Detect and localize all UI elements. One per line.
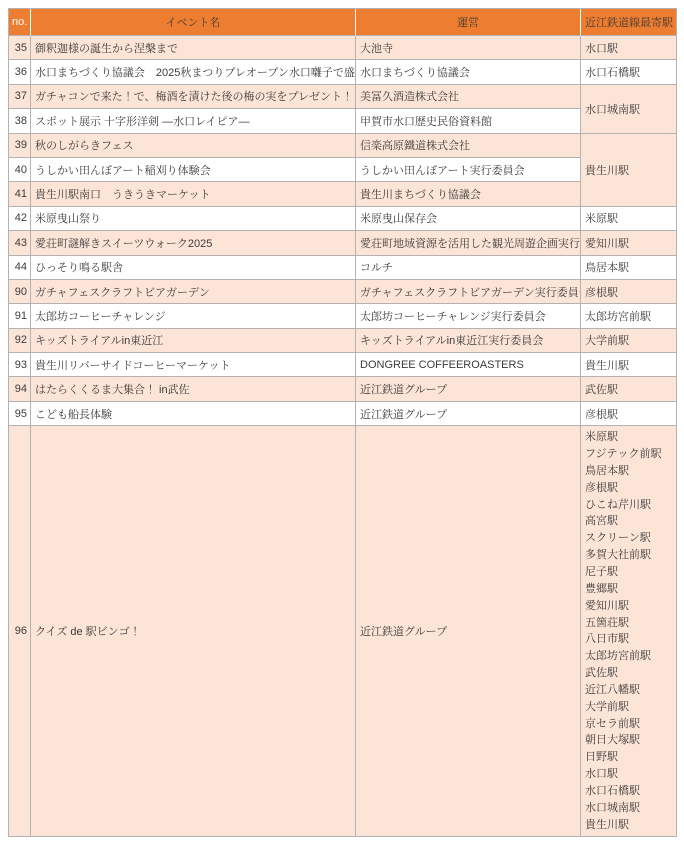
station-line: 水口城南駅 (585, 800, 676, 817)
station-line: 五箇荘駅 (585, 615, 676, 632)
station-line: 朝日大塚駅 (585, 732, 676, 749)
event-name-cell: うしかい田んぼアート稲刈り体験会 (31, 158, 356, 182)
table-row: 90ガチャフェスクラフトビアガーデンガチャフェスクラフトビアガーデン実行委員会彦… (9, 280, 677, 304)
table-row: 93貴生川リバーサイドコーヒーマーケットDONGREE COFFEEROASTE… (9, 353, 677, 377)
station-line: 豊郷駅 (585, 581, 676, 598)
event-name-cell: ひっそり鳴る駅舎 (31, 256, 356, 280)
station-cell: 米原駅 (581, 207, 677, 231)
station-line: 武佐駅 (585, 665, 676, 682)
row-number-cell: 90 (9, 280, 31, 304)
row-number-cell: 94 (9, 377, 31, 401)
table-row: 38スポット展示 十字形洋剣 ―水口レイピア―甲賀市水口歴史民俗資料館 (9, 109, 677, 133)
operator-cell: うしかい田んぼアート実行委員会 (356, 158, 581, 182)
operator-cell: 近江鉄道グループ (356, 426, 581, 836)
station-cell: 彦根駅 (581, 402, 677, 426)
table-row: 42米原曳山祭り米原曳山保存会米原駅 (9, 207, 677, 231)
operator-cell: 近江鉄道グループ (356, 402, 581, 426)
station-cell: 貴生川駅 (581, 353, 677, 377)
station-line: 近江八幡駅 (585, 682, 676, 699)
operator-cell: 太郎坊コーヒーチャレンジ実行委員会 (356, 304, 581, 328)
row-number-cell: 91 (9, 304, 31, 328)
station-line: 八日市駅 (585, 631, 676, 648)
row-number-cell: 42 (9, 207, 31, 231)
station-cell: 水口駅 (581, 36, 677, 60)
station-cell: 彦根駅 (581, 280, 677, 304)
row-number-cell: 37 (9, 85, 31, 109)
operator-cell: 美冨久酒造株式会社 (356, 85, 581, 109)
page: no.イベント名運営近江鉄道線最寄駅 35御釈迦様の誕生から涅槃まで大池寺水口駅… (0, 0, 684, 845)
operator-cell: 近江鉄道グループ (356, 377, 581, 401)
table-row: 95こども船長体験近江鉄道グループ彦根駅 (9, 402, 677, 426)
table-row: 35御釈迦様の誕生から涅槃まで大池寺水口駅 (9, 36, 677, 60)
operator-cell: 水口まちづくり協議会 (356, 60, 581, 84)
table-row: 96クイズ de 駅ビンゴ！近江鉄道グループ米原駅フジテック前駅鳥居本駅彦根駅ひ… (9, 426, 677, 836)
station-line: 貴生川駅 (585, 817, 676, 834)
table-row: 40うしかい田んぼアート稲刈り体験会うしかい田んぼアート実行委員会 (9, 158, 677, 182)
event-name-cell: ガチャフェスクラフトビアガーデン (31, 280, 356, 304)
event-name-cell: キッズトライアルin東近江 (31, 329, 356, 353)
station-cell: 貴生川駅 (581, 134, 677, 207)
event-name-cell: 太郎坊コーヒーチャレンジ (31, 304, 356, 328)
event-name-cell: 貴生川駅南口 うきうきマーケット (31, 182, 356, 206)
table-row: 39秋のしがらきフェス信楽高原鐵道株式会社貴生川駅 (9, 134, 677, 158)
table-row: 37ガチャコンで来た！で、梅酒を漬けた後の梅の実をプレゼント！美冨久酒造株式会社… (9, 85, 677, 109)
row-number-cell: 35 (9, 36, 31, 60)
station-list-cell: 米原駅フジテック前駅鳥居本駅彦根駅ひこね芹川駅高宮駅スクリーン駅多賀大社前駅尼子… (581, 426, 677, 836)
station-line: 尼子駅 (585, 564, 676, 581)
station-line: 水口駅 (585, 766, 676, 783)
station-line: フジテック前駅 (585, 446, 676, 463)
operator-cell: 大池寺 (356, 36, 581, 60)
row-number-cell: 38 (9, 109, 31, 133)
station-line: 大学前駅 (585, 699, 676, 716)
event-name-cell: 愛荘町謎解きスイーツウォーク2025 (31, 231, 356, 255)
row-number-cell: 43 (9, 231, 31, 255)
station-line: 京セラ前駅 (585, 716, 676, 733)
table-row: 41貴生川駅南口 うきうきマーケット貴生川まちづくり協議会 (9, 182, 677, 206)
station-line: ひこね芹川駅 (585, 497, 676, 514)
station-line: スクリーン駅 (585, 530, 676, 547)
event-name-cell: 貴生川リバーサイドコーヒーマーケット (31, 353, 356, 377)
event-name-cell: はたらくくるま大集合！ in武佐 (31, 377, 356, 401)
row-number-cell: 92 (9, 329, 31, 353)
column-header-event-name: イベント名 (31, 9, 356, 36)
station-line: 鳥居本駅 (585, 463, 676, 480)
station-cell: 水口城南駅 (581, 85, 677, 134)
operator-cell: DONGREE COFFEEROASTERS (356, 353, 581, 377)
station-cell: 太郎坊宮前駅 (581, 304, 677, 328)
station-cell: 武佐駅 (581, 377, 677, 401)
table-row: 91太郎坊コーヒーチャレンジ太郎坊コーヒーチャレンジ実行委員会太郎坊宮前駅 (9, 304, 677, 328)
event-name-cell: 米原曳山祭り (31, 207, 356, 231)
row-number-cell: 93 (9, 353, 31, 377)
row-number-cell: 39 (9, 134, 31, 158)
table-row: 43愛荘町謎解きスイーツウォーク2025愛荘町地域資源を活用した観光周遊企画実行… (9, 231, 677, 255)
operator-cell: 信楽高原鐵道株式会社 (356, 134, 581, 158)
table-row: 94はたらくくるま大集合！ in武佐近江鉄道グループ武佐駅 (9, 377, 677, 401)
operator-cell: 愛荘町地域資源を活用した観光周遊企画実行委員会 (356, 231, 581, 255)
events-table: no.イベント名運営近江鉄道線最寄駅 35御釈迦様の誕生から涅槃まで大池寺水口駅… (8, 8, 677, 837)
row-number-cell: 44 (9, 256, 31, 280)
operator-cell: ガチャフェスクラフトビアガーデン実行委員会 (356, 280, 581, 304)
operator-cell: コルチ (356, 256, 581, 280)
table-header: no.イベント名運営近江鉄道線最寄駅 (9, 9, 677, 36)
station-line: 彦根駅 (585, 480, 676, 497)
station-line: 水口石橋駅 (585, 783, 676, 800)
row-number-cell: 36 (9, 60, 31, 84)
row-number-cell: 95 (9, 402, 31, 426)
event-name-cell: ガチャコンで来た！で、梅酒を漬けた後の梅の実をプレゼント！ (31, 85, 356, 109)
row-number-cell: 40 (9, 158, 31, 182)
table-row: 36水口まちづくり協議会 2025秋まつりプレオープン水口囃子で盛り上げよう!!… (9, 60, 677, 84)
station-line: 日野駅 (585, 749, 676, 766)
event-name-cell: 御釈迦様の誕生から涅槃まで (31, 36, 356, 60)
operator-cell: キッズトライアルin東近江実行委員会 (356, 329, 581, 353)
station-cell: 鳥居本駅 (581, 256, 677, 280)
row-number-cell: 41 (9, 182, 31, 206)
event-name-cell: 水口まちづくり協議会 2025秋まつりプレオープン水口囃子で盛り上げよう!! (31, 60, 356, 84)
station-line: 多賀大社前駅 (585, 547, 676, 564)
operator-cell: 貴生川まちづくり協議会 (356, 182, 581, 206)
operator-cell: 甲賀市水口歴史民俗資料館 (356, 109, 581, 133)
column-header-no: no. (9, 9, 31, 36)
event-name-cell: こども船長体験 (31, 402, 356, 426)
column-header-operator: 運営 (356, 9, 581, 36)
station-line: 愛知川駅 (585, 598, 676, 615)
station-line: 高宮駅 (585, 513, 676, 530)
event-name-cell: クイズ de 駅ビンゴ！ (31, 426, 356, 836)
station-cell: 愛知川駅 (581, 231, 677, 255)
operator-cell: 米原曳山保存会 (356, 207, 581, 231)
row-number-cell: 96 (9, 426, 31, 836)
station-line: 米原駅 (585, 429, 676, 446)
event-name-cell: 秋のしがらきフェス (31, 134, 356, 158)
table-row: 44ひっそり鳴る駅舎コルチ鳥居本駅 (9, 256, 677, 280)
station-line: 太郎坊宮前駅 (585, 648, 676, 665)
event-name-cell: スポット展示 十字形洋剣 ―水口レイピア― (31, 109, 356, 133)
header-row: no.イベント名運営近江鉄道線最寄駅 (9, 9, 677, 36)
station-cell: 大学前駅 (581, 329, 677, 353)
table-row: 92キッズトライアルin東近江キッズトライアルin東近江実行委員会大学前駅 (9, 329, 677, 353)
station-cell: 水口石橋駅 (581, 60, 677, 84)
table-body: 35御釈迦様の誕生から涅槃まで大池寺水口駅36水口まちづくり協議会 2025秋ま… (9, 36, 677, 837)
column-header-nearest-station: 近江鉄道線最寄駅 (581, 9, 677, 36)
